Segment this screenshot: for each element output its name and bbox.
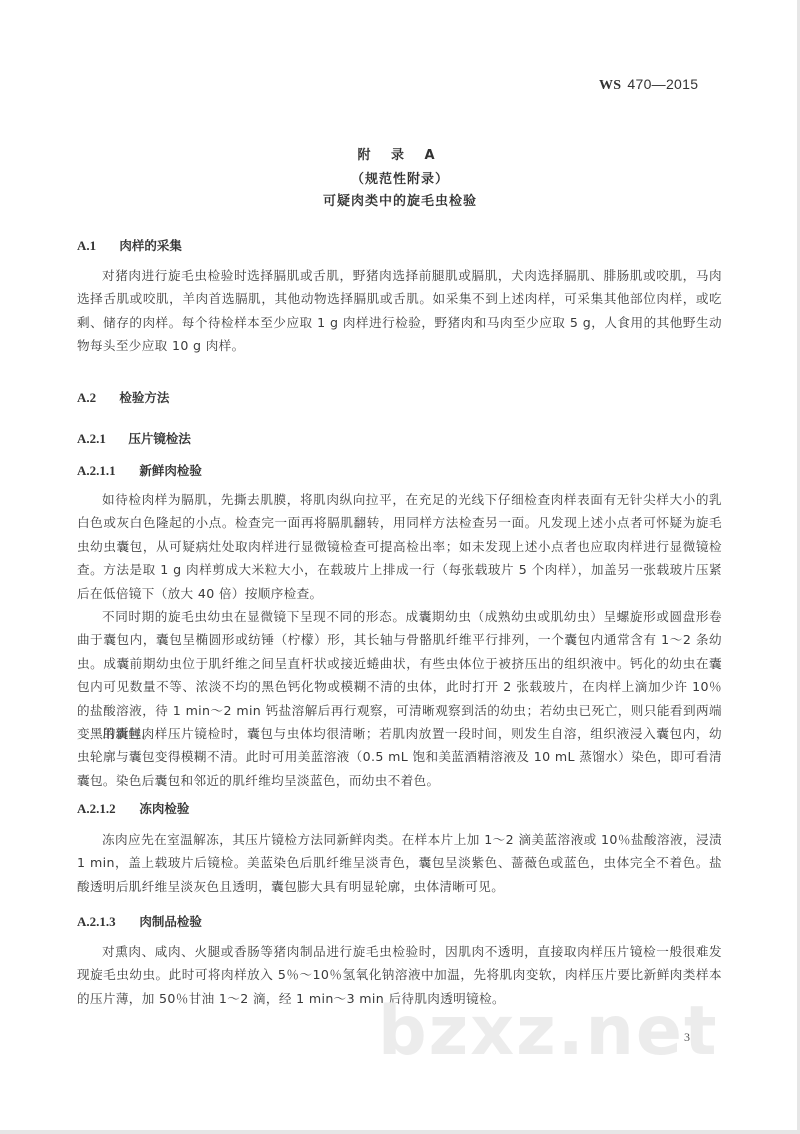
section-number: A.1 [77, 238, 115, 254]
section-title: 冻肉检验 [139, 801, 189, 816]
section-heading-a213: A.2.1.3 肉制品检验 [77, 912, 202, 930]
paragraph-a1: 对猪肉进行旋毛虫检验时选择膈肌或舌肌，野猪肉选择前腿肌或膈肌，犬肉选择膈肌、腓肠… [77, 264, 722, 358]
section-number: A.2.1.1 [77, 463, 135, 479]
paragraph-a211-3: 用新鲜肉样压片镜检时，囊包与虫体均很清晰；若肌肉放置一段时间，则发生自溶，组织液… [77, 722, 722, 792]
standard-number: 470—2015 [627, 76, 698, 92]
paragraph-a211-1: 如待检肉样为膈肌，先撕去肌膜，将肌肉纵向拉平，在充足的光线下仔细检查肉样表面有无… [77, 488, 722, 605]
section-title: 检验方法 [119, 390, 169, 405]
section-title: 肉制品检验 [139, 914, 202, 929]
annex-title: 附 录 A [0, 144, 800, 163]
standard-code: WS470—2015 [599, 76, 698, 94]
document-page: WS470—2015 附 录 A （规范性附录） 可疑肉类中的旋毛虫检验 A.1… [0, 0, 797, 1130]
page-number: 3 [684, 1030, 690, 1045]
annex-name: 可疑肉类中的旋毛虫检验 [0, 190, 800, 209]
annex-type: （规范性附录） [0, 168, 800, 187]
section-heading-a21: A.2.1 压片镜检法 [77, 429, 191, 447]
section-number: A.2.1 [77, 431, 124, 447]
section-title: 新鲜肉检验 [139, 463, 202, 478]
section-heading-a1: A.1 肉样的采集 [77, 236, 182, 254]
section-number: A.2 [77, 390, 115, 406]
section-heading-a211: A.2.1.1 新鲜肉检验 [77, 461, 202, 479]
section-number: A.2.1.2 [77, 801, 135, 817]
section-title: 肉样的采集 [119, 238, 182, 253]
section-number: A.2.1.3 [77, 914, 135, 930]
section-title: 压片镜检法 [128, 431, 191, 446]
standard-prefix: WS [599, 78, 621, 93]
section-heading-a212: A.2.1.2 冻肉检验 [77, 799, 189, 817]
paragraph-a212: 冻肉应先在室温解冻，其压片镜检方法同新鲜肉类。在样本片上加 1～2 滴美蓝溶液或… [77, 828, 722, 898]
section-heading-a2: A.2 检验方法 [77, 388, 169, 406]
watermark: bzxz.net [378, 992, 719, 1071]
